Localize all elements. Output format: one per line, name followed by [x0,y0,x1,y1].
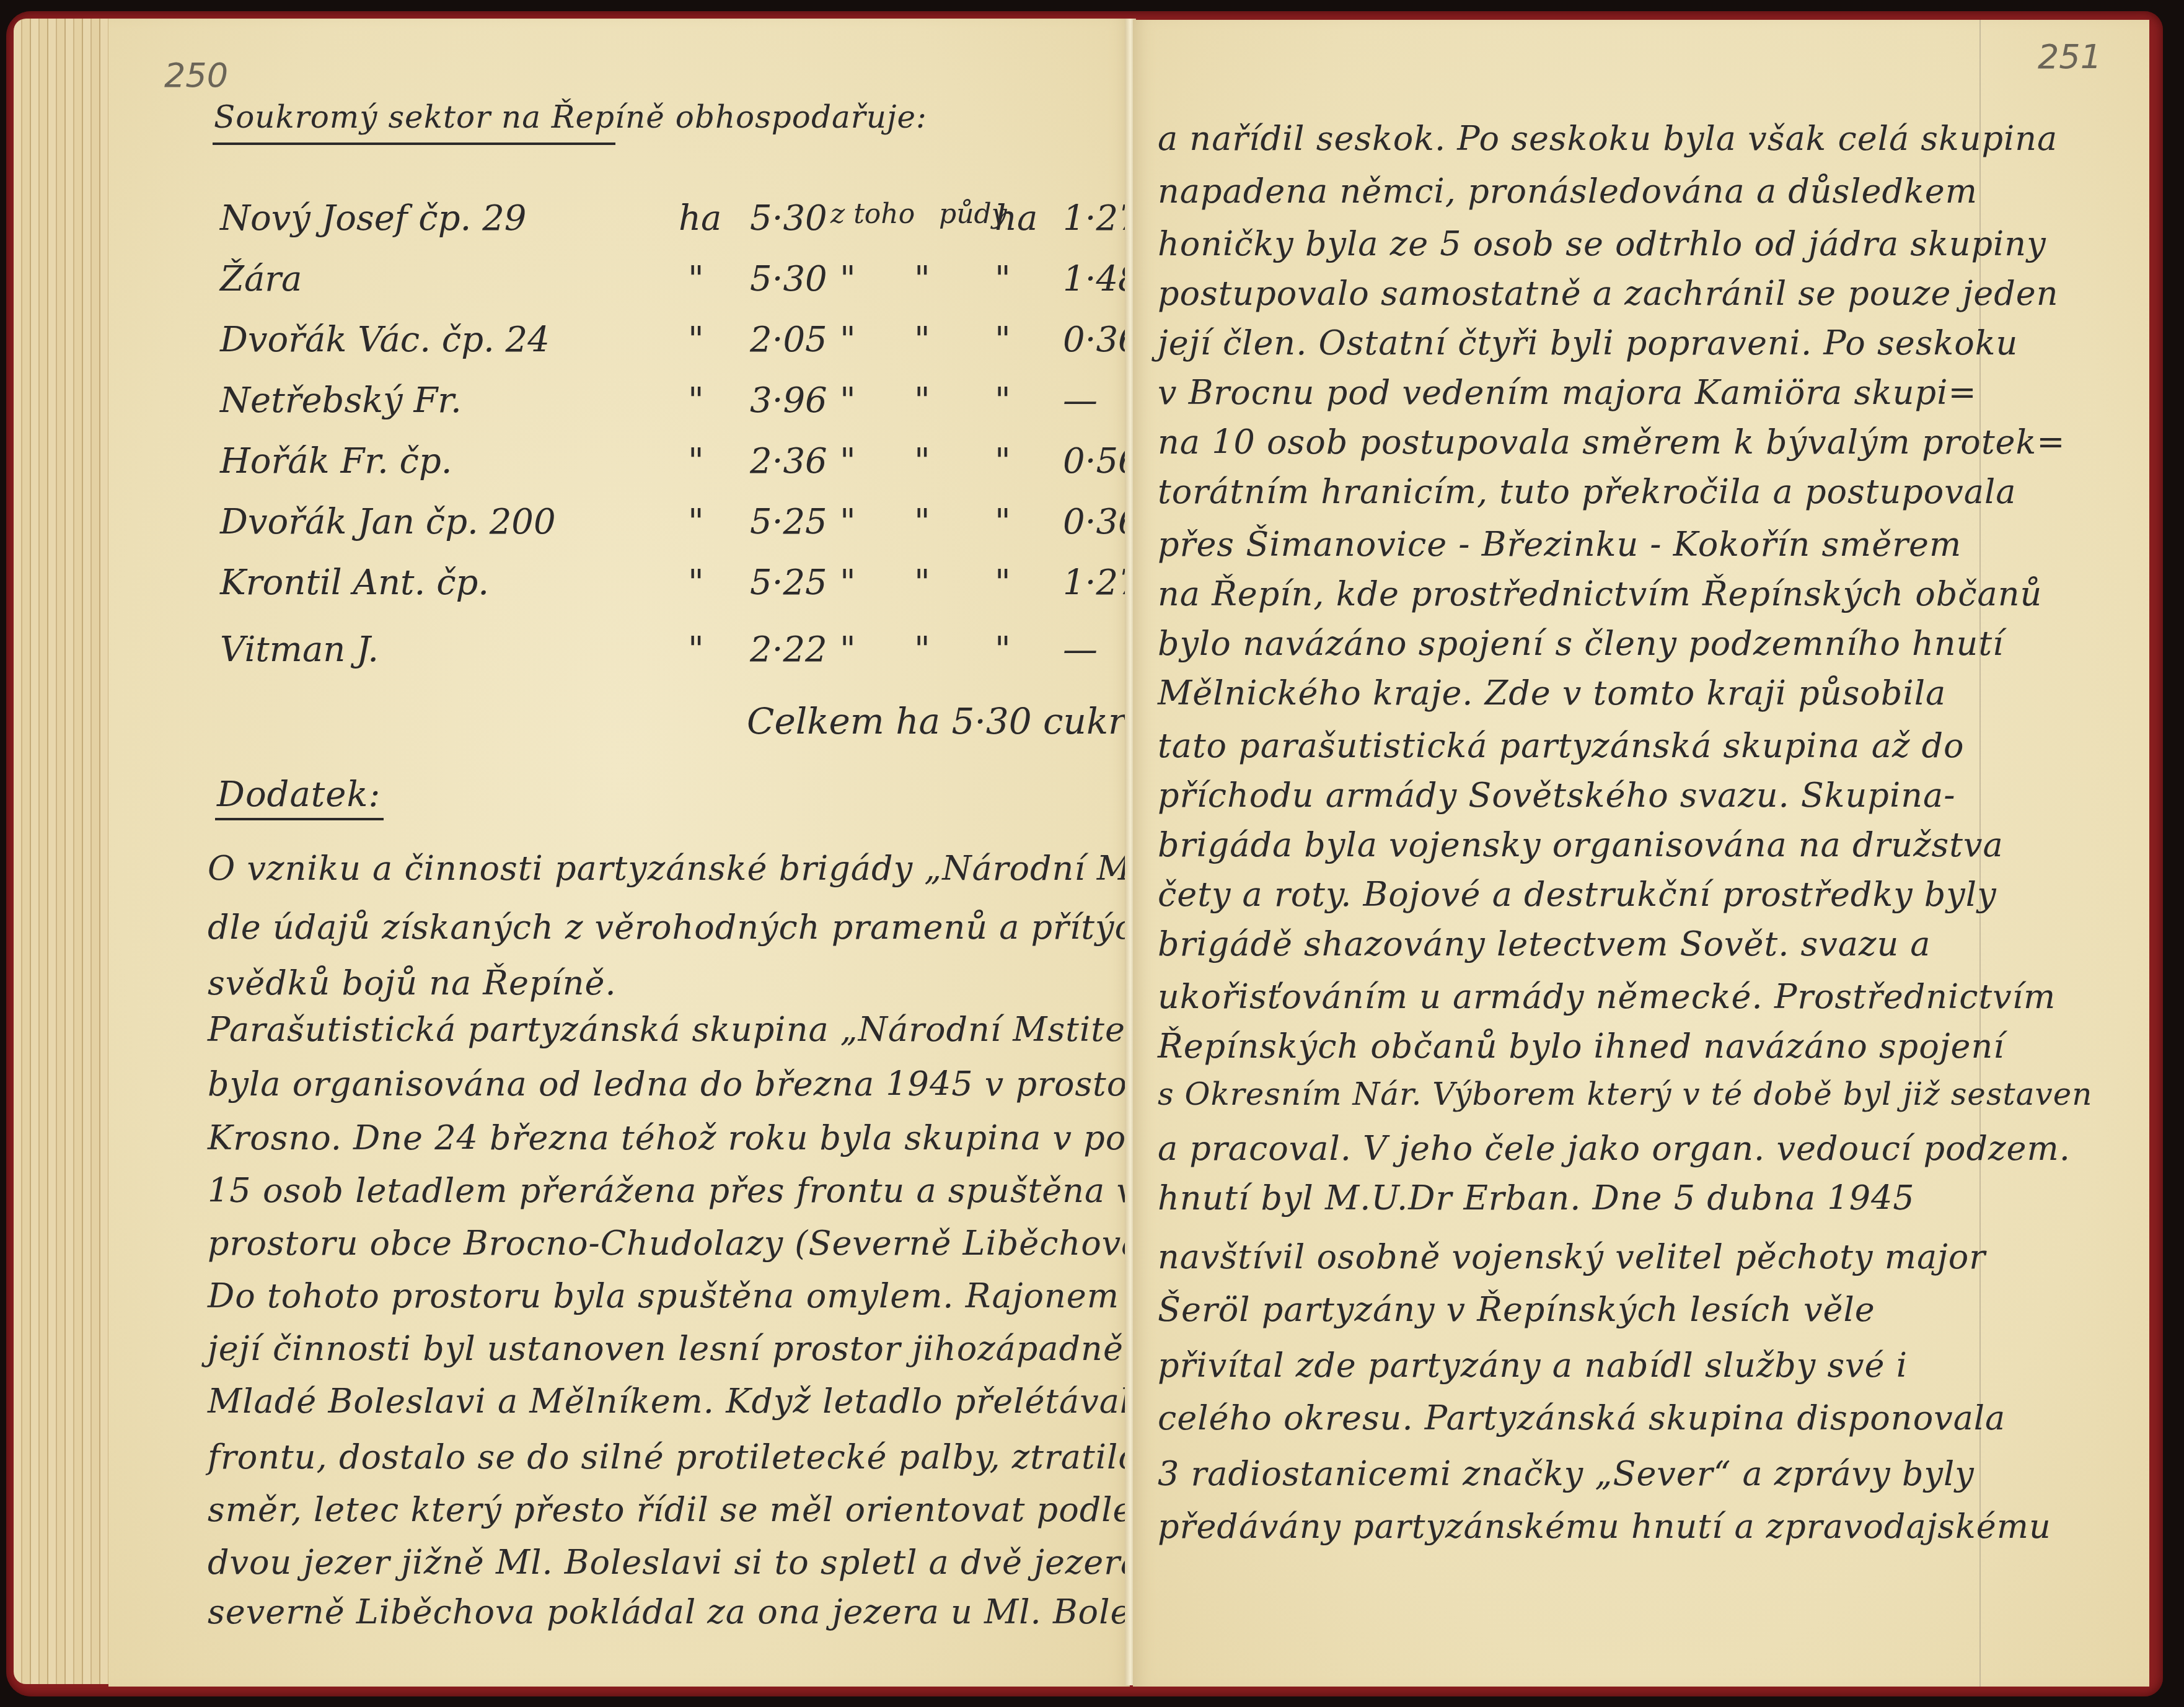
table-title: Soukromý sektor na Řepíně obhospodařuje: [214,99,927,135]
text-line: Řepínských občanů bylo ihned navázáno sp… [1158,1027,2004,1066]
area: 2·22 [750,630,827,670]
text-line: s Okresním Nár. Výborem který v té době … [1158,1076,2093,1112]
note: " [914,630,930,670]
unit: " [688,563,704,603]
text-line: honičky byla ze 5 osob se odtrhlo od jád… [1158,224,2046,263]
text-line: severně Liběchova pokládal za ona jezera… [208,1592,1211,1631]
text-line: její člen. Ostatní čtyři byli popraveni.… [1158,323,2018,362]
owner-name: Netřebský Fr. [220,380,462,421]
unit: " [688,320,704,360]
text-line: svědků bojů na Řepíně. [208,963,617,1003]
area: 2·36 [750,441,827,481]
note: " [914,259,930,299]
owner-name: Dvořák Vác. čp. 24 [220,320,550,360]
text-line: v Brocnu pod vedením majora Kamiöra skup… [1158,373,1977,412]
unit: " [995,259,1011,299]
page-edges [14,19,116,1684]
unit: " [688,441,704,481]
table-row: Netřebský Fr. " 3·96 " " " — [220,380,1150,430]
owner-name: Nový Josef čp. 29 [220,198,526,239]
table-row: Dvořák Vác. čp. 24 " 2·05 " " " 0·36 [220,320,1150,369]
text-line: 3 radiostanicemi značky „Sever“ a zprávy… [1158,1454,1975,1493]
unit: ha [995,198,1037,239]
text-line: na Řepín, kde prostřednictvím Řepínských… [1158,574,2042,613]
text-line: dvou jezer jižně Ml. Boleslavi si to spl… [208,1543,1141,1582]
value: — [1063,380,1098,421]
area: 5·25 [750,502,827,542]
note: " [914,502,930,542]
text-line: na 10 osob postupovala směrem k bývalým … [1158,423,2066,462]
text-line: Krosno. Dne 24 března téhož roku byla sk… [208,1118,1182,1157]
table-row: Žára " 5·30 " " " 1·48 [220,259,1150,309]
table-row: Vitman J. " 2·22 " " " — [220,630,1150,679]
text-line: prostoru obce Brocno-Chudolazy (Severně … [208,1224,1167,1263]
unit: " [995,441,1011,481]
unit: " [995,320,1011,360]
value: — [1063,630,1098,670]
text-line: Šeröl partyzány v Řepínských lesích věle [1158,1290,1875,1329]
owner-name: Dvořák Jan čp. 200 [220,502,556,542]
text-line: čety a roty. Bojové a destrukční prostře… [1158,875,1997,914]
text-line: a pracoval. V jeho čele jako organ. vedo… [1158,1129,2071,1168]
unit: " [688,630,704,670]
text-line: příchodu armády Sovětského svazu. Skupin… [1158,776,1955,815]
unit: " [995,380,1011,421]
text-line: ukořisťováním u armády německé. Prostřed… [1158,977,2056,1016]
table-row: Krontil Ant. čp. " 5·25 " " " 1·27 [220,563,1150,612]
text-line: O vzniku a činnosti partyzánské brigády … [208,849,1238,888]
area: 5·30 [750,198,827,239]
text-line: torátním hranicím, tuto překročila a pos… [1158,472,2016,511]
note: " [914,441,930,481]
text-line: přivítal zde partyzány a nabídl služby s… [1158,1346,1908,1385]
text-line: hnutí byl M.U.Dr Erban. Dne 5 dubna 1945 [1158,1178,1915,1218]
owner-name: Hořák Fr. čp. [220,441,452,481]
unit: " [688,259,704,299]
text-line: Mladé Boleslavi a Mělníkem. Když letadlo… [208,1382,1152,1421]
text-line: Mělnického kraje. Zde v tomto kraji půso… [1158,674,1946,713]
text-line: frontu, dostalo se do silné protiletecké… [208,1437,1139,1477]
text-line: její činnosti byl ustanoven lesní prosto… [208,1329,1124,1368]
text-line: dle údajů získaných z věrohodných pramen… [208,908,1156,947]
unit: " [995,502,1011,542]
text-line: celého okresu. Partyzánská skupina dispo… [1158,1398,2006,1437]
text-line: a nařídil seskok. Po seskoku byla však c… [1158,119,2058,158]
note: " [914,320,930,360]
left-page: 250 Soukromý sektor na Řepíně obhospodař… [108,19,1130,1687]
note: " [840,441,856,481]
note: " [840,320,856,360]
text-line: napadena němci, pronásledována a důsledk… [1158,172,1978,211]
area: 2·05 [750,320,827,360]
title-underline [213,143,615,145]
unit: " [995,630,1011,670]
page-number-left: 250 [164,56,228,95]
text-line: brigáda byla vojensky organisována na dr… [1158,825,2004,864]
text-line: 15 osob letadlem přerážena přes frontu a… [208,1171,1136,1210]
note: " [840,502,856,542]
text-line: předávány partyzánskému hnutí a zpravoda… [1158,1507,2051,1546]
section-heading: Dodatek: [217,775,381,815]
text-line: přes Šimanovice - Březinku - Kokořín smě… [1158,525,1962,564]
owner-name: Žára [220,259,302,299]
text-line: tato parašutistická partyzánská skupina … [1158,726,1965,765]
note: z toho [830,198,915,230]
table-row: Hořák Fr. čp. " 2·36 " " " 0·56 [220,441,1150,491]
text-line: Parašutistická partyzánská skupina „Náro… [208,1010,1155,1049]
text-line: směr, letec který přesto řídil se měl or… [208,1490,1133,1529]
text-line: postupovalo samostatně a zachránil se po… [1158,274,2059,313]
table-row: Dvořák Jan čp. 200 " 5·25 " " " 0·36 [220,502,1150,551]
heading-underline [215,818,384,820]
area: 5·25 [750,563,827,603]
note: " [914,563,930,603]
text-line: navštívil osobně vojenský velitel pěchot… [1158,1237,1986,1276]
note: " [914,380,930,421]
right-page: 251 a nařídil seskok. Po seskoku byla vš… [1133,20,2149,1687]
unit: ha [679,198,721,239]
text-line: Do tohoto prostoru byla spuštěna omylem.… [208,1276,1119,1315]
text-line: bylo navázáno spojení s členy podzemního… [1158,624,2004,663]
note: " [840,563,856,603]
table-row: Nový Josef čp. 29 ha 5·30 z toho půdy ha… [220,198,1150,248]
unit: " [688,380,704,421]
text-line: byla organisována od ledna do března 194… [208,1064,1166,1104]
area: 5·30 [750,259,827,299]
owner-name: Krontil Ant. čp. [220,563,489,603]
note: " [840,259,856,299]
owner-name: Vitman J. [220,630,379,670]
unit: " [688,502,704,542]
note: " [840,380,856,421]
note: " [840,630,856,670]
page-number-right: 251 [2038,37,2102,76]
area: 3·96 [750,380,827,421]
unit: " [995,563,1011,603]
text-line: brigádě shazovány letectvem Sovět. svazu… [1158,924,1931,963]
